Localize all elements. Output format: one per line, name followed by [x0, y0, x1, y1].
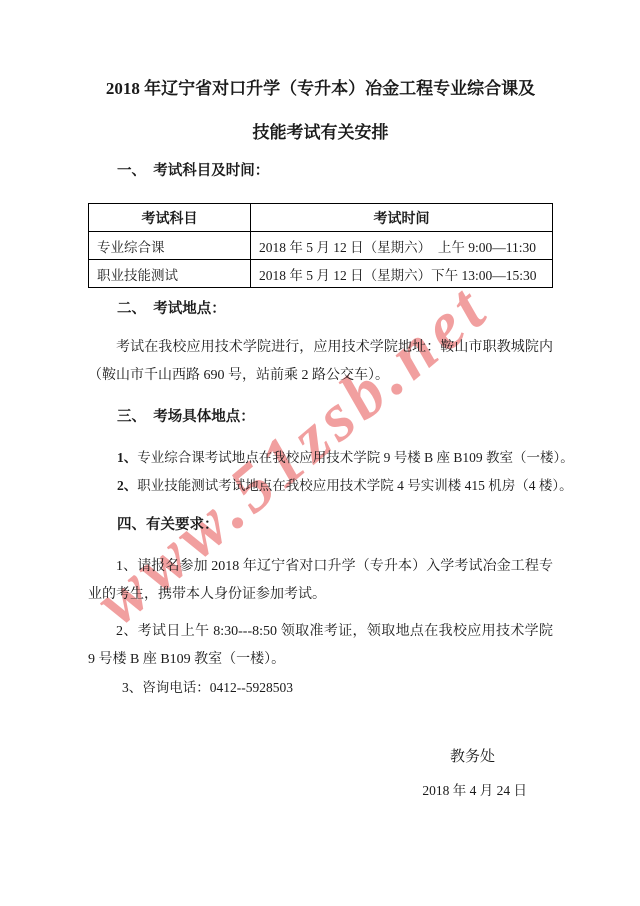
subject-cell: 专业综合课	[89, 232, 251, 260]
list-item: 2、职业技能测试考试地点在我校应用技术学院 4 号实训楼 415 机房（4 楼）…	[88, 472, 553, 500]
table-row: 职业技能测试 2018 年 5 月 12 日（星期六）下午 13:00—15:3…	[89, 260, 553, 288]
document-title-line2: 技能考试有关安排	[88, 120, 553, 146]
item-text: 专业综合课考试地点在我校应用技术学院 9 号楼 B 座 B109 教室（一楼）。	[137, 450, 574, 465]
item-marker: 2、	[117, 478, 137, 493]
signature: 教务处	[88, 743, 553, 771]
requirement-paragraph-1: 1、请报名参加 2018 年辽宁省对口升学（专升本）入学考试冶金工程专业的考生，…	[88, 553, 553, 609]
subject-cell: 职业技能测试	[89, 260, 251, 288]
item-marker: 1、	[117, 450, 137, 465]
list-item: 1、专业综合课考试地点在我校应用技术学院 9 号楼 B 座 B109 教室（一楼…	[88, 444, 553, 472]
time-cell: 2018 年 5 月 12 日（星期六） 上午 9:00—11:30	[251, 232, 553, 260]
section-4-heading: 四、有关要求：	[117, 512, 553, 538]
document-body: 2018 年辽宁省对口升学（专升本）冶金工程专业综合课及 技能考试有关安排 一、…	[0, 76, 640, 805]
time-cell: 2018 年 5 月 12 日（星期六）下午 13:00—15:30	[251, 260, 553, 288]
section-3-heading: 三、 考场具体地点：	[117, 404, 553, 430]
column-header-subject: 考试科目	[89, 204, 251, 232]
requirement-paragraph-2: 2、考试日上午 8:30---8:50 领取准考证，领取地点在我校应用技术学院 …	[88, 618, 553, 674]
document-page: www.51zsb.net 2018 年辽宁省对口升学（专升本）冶金工程专业综合…	[0, 0, 640, 906]
table-header-row: 考试科目 考试时间	[89, 204, 553, 232]
document-title-line1: 2018 年辽宁省对口升学（专升本）冶金工程专业综合课及	[88, 76, 553, 102]
column-header-time: 考试时间	[251, 204, 553, 232]
section-2-paragraph: 考试在我校应用技术学院进行，应用技术学院地址：鞍山市职教城院内（鞍山市千山西路 …	[88, 334, 553, 390]
section-1-heading: 一、 考试科目及时间：	[117, 158, 553, 184]
section-2-heading: 二、 考试地点：	[117, 296, 553, 322]
exam-schedule-table: 考试科目 考试时间 专业综合课 2018 年 5 月 12 日（星期六） 上午 …	[88, 203, 553, 288]
item-text: 职业技能测试考试地点在我校应用技术学院 4 号实训楼 415 机房（4 楼）。	[137, 478, 572, 493]
table-row: 专业综合课 2018 年 5 月 12 日（星期六） 上午 9:00—11:30	[89, 232, 553, 260]
document-date: 2018 年 4 月 24 日	[88, 777, 553, 805]
phone-line: 3、咨询电话：0412--5928503	[88, 674, 553, 702]
